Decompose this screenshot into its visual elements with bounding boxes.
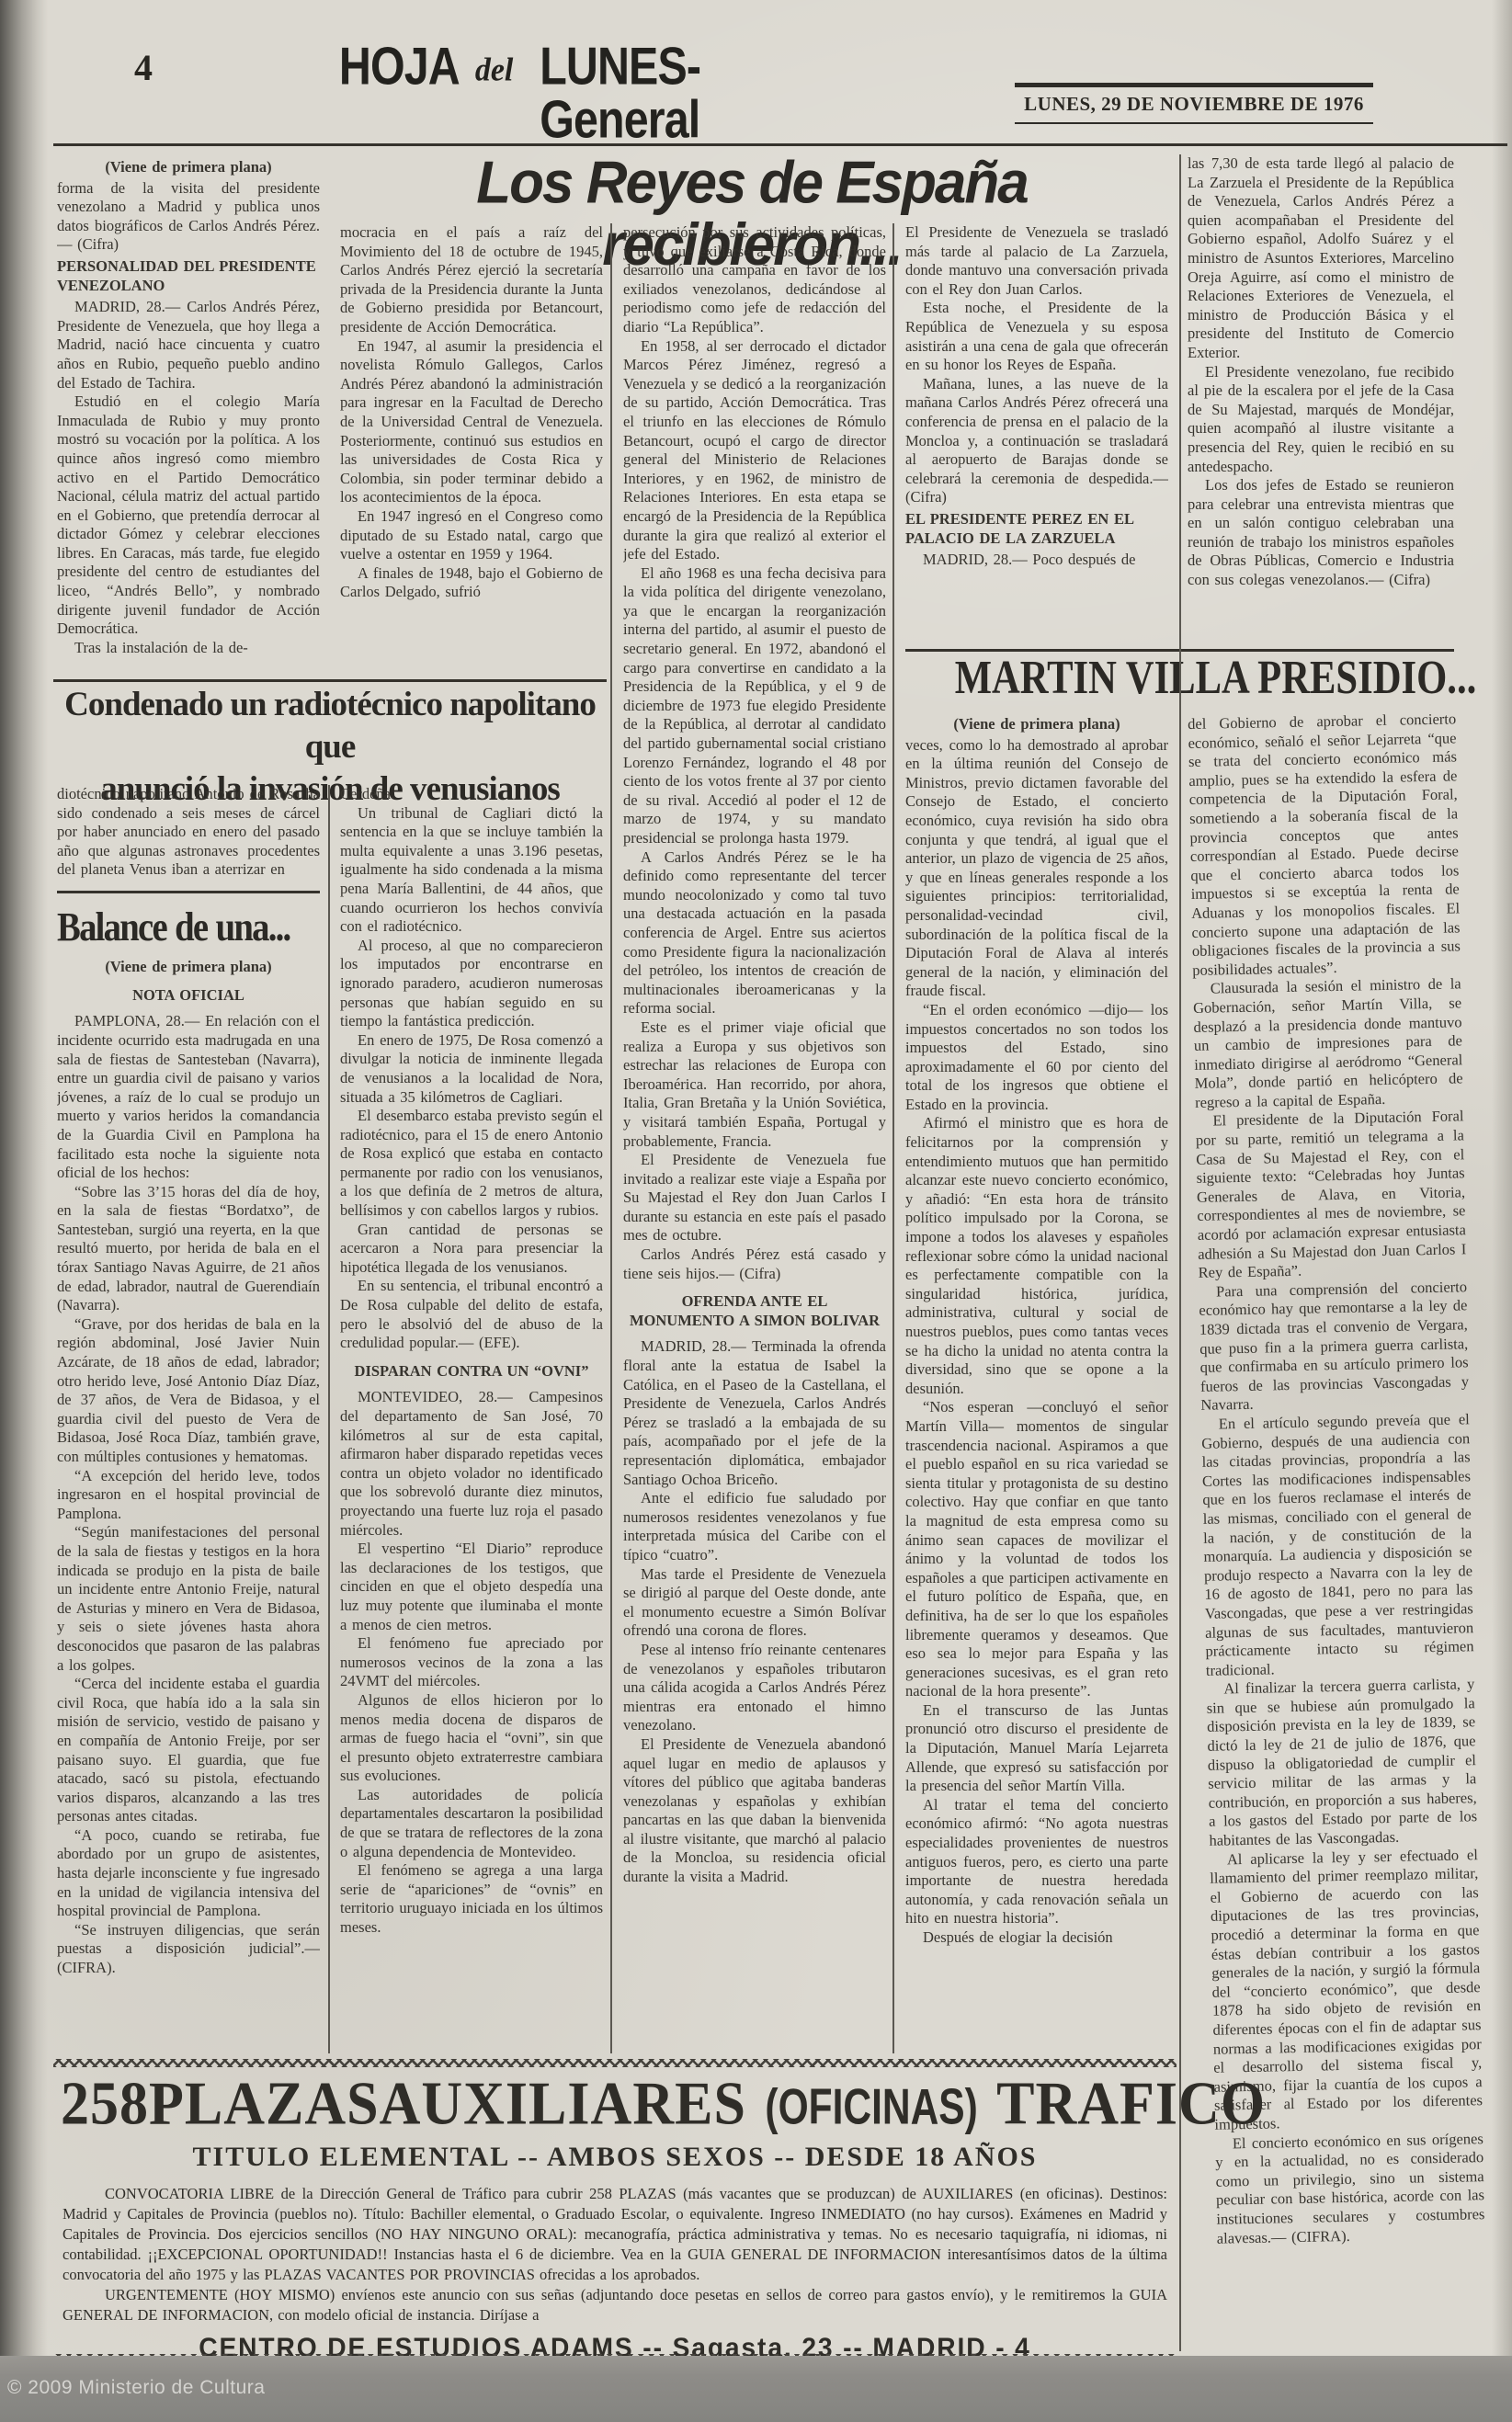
text-block: “A poco, cuando se retiraba, fue abordad… xyxy=(57,1826,320,1921)
column-divider xyxy=(610,223,612,2053)
column-1-bottom: diotécnico napolitano Antonio de Rosa ha… xyxy=(57,785,320,2053)
text-block: Gran cantidad de personas se acercaron a… xyxy=(340,1221,603,1278)
text-block: Pese al intenso frío reinante centenares… xyxy=(623,1641,886,1735)
text-block: Al proceso, al que no comparecieron los … xyxy=(340,937,603,1031)
text-block: del Gobierno de aprobar el concierto eco… xyxy=(1188,710,1461,980)
text-block: Esta noche, el Presidente de la Repúblic… xyxy=(905,299,1168,374)
header-rule xyxy=(53,143,1507,146)
text-block: El presidente de la Diputación Foral por… xyxy=(1195,1108,1467,1283)
ad-headline-word: 258 xyxy=(61,2074,149,2135)
text-block: veces, como lo ha demostrado al aprobar … xyxy=(905,736,1168,1001)
text-block: NOTA OFICIAL xyxy=(63,986,314,1006)
text-block: (Viene de primera plana) xyxy=(57,958,320,977)
text-block: A Carlos Andrés Pérez se le ha definido … xyxy=(623,848,886,1018)
text-block: MADRID, 28.— Poco después de xyxy=(905,551,1168,570)
column-1-top: (Viene de primera plana)forma de la visi… xyxy=(57,158,320,675)
column-divider xyxy=(1179,154,1181,2351)
newspaper-page: 4 HOJA del LUNES-General LUNES, 29 DE NO… xyxy=(0,0,1512,2422)
text-block: Tras la instalación de la de- xyxy=(57,639,320,658)
text-block: Después de elogiar la decisión xyxy=(905,1928,1168,1948)
text-block: En el transcurso de las Juntas pronunció… xyxy=(905,1701,1168,1796)
ad-headline-word: (OFICINAS) xyxy=(765,2082,977,2132)
text-block: El fenómeno se agrega a una larga serie … xyxy=(340,1861,603,1937)
text-block: El vespertino “El Diario” reproduce las … xyxy=(340,1540,603,1634)
text-block: El concierto económico en sus orígenes y… xyxy=(1215,2130,1485,2248)
text-block: En 1947 ingresó en el Congreso como dipu… xyxy=(340,507,603,564)
ad-headline: 258PLAZASAUXILIARES(OFICINAS)TRAFICO xyxy=(61,2075,1169,2132)
date-line: LUNES, 29 DE NOVIEMBRE DE 1976 xyxy=(1015,83,1373,124)
text-block: En el artículo segundo preveía que el Go… xyxy=(1201,1410,1474,1680)
column-4-top: El Presidente de Venezuela se trasladó m… xyxy=(905,223,1168,648)
text-block: mocracia en el país a raíz del Movimient… xyxy=(340,223,603,337)
text-block: persecución por sus actividades política… xyxy=(623,223,886,337)
text-block: En su sentencia, el tribunal encontró a … xyxy=(340,1277,603,1352)
ad-paragraph: CONVOCATORIA LIBRE de la Dirección Gener… xyxy=(63,2184,1167,2285)
text-block: (Viene de primera plana) xyxy=(57,158,320,177)
text-block: “En el orden económico —dijo— los impues… xyxy=(905,1001,1168,1115)
text-block: “Nos esperan —concluyó el señor Martín V… xyxy=(905,1398,1168,1701)
ad-headline-word: AUXILIARES xyxy=(380,2074,746,2135)
masthead-word-del: del xyxy=(475,54,514,87)
text-block: forma de la visita del presidente venezo… xyxy=(57,179,320,255)
text-block: Ante el edificio fue saludado por numero… xyxy=(623,1489,886,1564)
text-block: Para una comprensión del concierto econó… xyxy=(1199,1278,1470,1416)
text-block: diotécnico napolitano Antonio de Rosa ha… xyxy=(57,785,320,880)
text-block: Balance de una... xyxy=(57,906,289,949)
column-2-bottom: Cerdeña.Un tribunal de Cagliari dictó la… xyxy=(340,785,603,2053)
text-block: MADRID, 28.— Terminada la ofrenda floral… xyxy=(623,1337,886,1489)
text-block: “Se instruyen diligencias, que serán pue… xyxy=(57,1921,320,1978)
text-block: Este es el primer viaje oficial que real… xyxy=(623,1018,886,1151)
text-block: MADRID, 28.— Carlos Andrés Pérez, Presid… xyxy=(57,298,320,392)
column-divider xyxy=(328,785,330,2053)
masthead: HOJA del LUNES-General xyxy=(331,40,846,146)
text-block: Cerdeña. xyxy=(340,785,603,804)
column-5-top: las 7,30 de esta tarde llegó al palacio … xyxy=(1188,154,1454,647)
text-block: Al finalizar la tercera guerra carlista,… xyxy=(1206,1675,1478,1850)
text-block: El desembarco estaba previsto según el r… xyxy=(340,1107,603,1221)
ad-body: CONVOCATORIA LIBRE de la Dirección Gener… xyxy=(63,2184,1167,2325)
text-block: “Según manifestaciones del personal de l… xyxy=(57,1523,320,1675)
column-divider xyxy=(892,223,894,2053)
text-block: Clausurada la sesión el ministro de la G… xyxy=(1193,975,1464,1113)
text-block: Algunos de ellos hicieron por lo menos m… xyxy=(340,1691,603,1786)
text-block: Afirmó el ministro que es hora de felici… xyxy=(905,1114,1168,1398)
text-block: “Cerca del incidente estaba el guardia c… xyxy=(57,1675,320,1826)
text-block: Mas tarde el Presidente de Venezuela se … xyxy=(623,1565,886,1641)
text-block: El Presidente de Venezuela fue invitado … xyxy=(623,1151,886,1245)
masthead-word-lunes-general: LUNES-General xyxy=(540,40,826,146)
text-block: las 7,30 de esta tarde llegó al palacio … xyxy=(1188,154,1454,363)
text-block: El año 1968 es una fecha decisiva para l… xyxy=(623,564,886,848)
copyright-watermark: © 2009 Ministerio de Cultura xyxy=(7,2376,265,2399)
text-block: El Presidente de Venezuela se trasladó m… xyxy=(905,223,1168,299)
text-block: En enero de 1975, De Rosa comenzó a divu… xyxy=(340,1031,603,1107)
text-block: OFRENDA ANTE EL MONUMENTO A SIMON BOLIVA… xyxy=(629,1292,881,1330)
text-block: Mañana, lunes, a las nueve de la mañana … xyxy=(905,375,1168,507)
text-block: En 1947, al asumir la presidencia el nov… xyxy=(340,337,603,507)
text-block: “Grave, por dos heridas de bala en la re… xyxy=(57,1315,320,1467)
text-block: El fenómeno fue apreciado por numerosos … xyxy=(340,1634,603,1691)
scan-right-edge xyxy=(1492,0,1512,2422)
page-number: 4 xyxy=(134,50,153,86)
masthead-word-hoja: HOJA xyxy=(339,40,460,93)
text-block: Los dos jefes de Estado se reunieron par… xyxy=(1188,476,1454,590)
text-block: DISPARAN CONTRA UN “OVNI” xyxy=(346,1362,597,1382)
text-block: PERSONALIDAD DEL PRESIDENTE VENEZOLANO xyxy=(57,257,320,295)
ad-subheadline: TITULO ELEMENTAL -- AMBOS SEXOS -- DESDE… xyxy=(53,2143,1177,2171)
ad-headline-word: TRAFICO xyxy=(996,2074,1266,2135)
text-block: A finales de 1948, bajo el Gobierno de C… xyxy=(340,564,603,602)
text-block: PAMPLONA, 28.— En relación con el incide… xyxy=(57,1012,320,1182)
column-3: persecución por sus actividades política… xyxy=(623,223,886,2054)
ad-paragraph: URGENTEMENTE (HOY MISMO) envíenos este a… xyxy=(63,2285,1167,2325)
headline-condenado-line1: Condenado un radiotécnico napolitano que xyxy=(53,684,607,768)
text-block: El Presidente venezolano, fue recibido a… xyxy=(1188,363,1454,477)
column-2-top: mocracia en el país a raíz del Movimient… xyxy=(340,223,603,676)
text-block: Estudió en el colegio María Inmaculada d… xyxy=(57,392,320,639)
text-block: Las autoridades de policía departamental… xyxy=(340,1786,603,1861)
text-block: MONTEVIDEO, 28.— Campesinos del departam… xyxy=(340,1388,603,1540)
text-block: (Viene de primera plana) xyxy=(905,715,1168,734)
text-block: Carlos Andrés Pérez está casado y tiene … xyxy=(623,1245,886,1283)
ad-headline-word: PLAZAS xyxy=(149,2074,380,2135)
scan-spine-shadow xyxy=(0,0,48,2422)
text-block: EL PRESIDENTE PEREZ EN EL PALACIO DE LA … xyxy=(905,510,1168,548)
text-block: El Presidente de Venezuela abandonó aque… xyxy=(623,1735,886,1887)
text-block: “Sobre las 3’15 horas del día de hoy, en… xyxy=(57,1183,320,1315)
column-4-bottom: (Viene de primera plana)veces, como lo h… xyxy=(905,715,1168,2053)
condenado-top-rule xyxy=(53,679,607,682)
zigzag-border-top xyxy=(53,2059,1177,2067)
text-block: “A excepción del herido leve, todos ingr… xyxy=(57,1467,320,1524)
text-block: Un tribunal de Cagliari dictó la sentenc… xyxy=(340,804,603,937)
text-block: Al tratar el tema del concierto económic… xyxy=(905,1796,1168,1928)
text-block xyxy=(57,891,320,893)
adams-advertisement: 258PLAZASAUXILIARES(OFICINAS)TRAFICO TIT… xyxy=(53,2059,1177,2362)
text-block: En 1958, al ser derrocado el dictador Ma… xyxy=(623,337,886,564)
